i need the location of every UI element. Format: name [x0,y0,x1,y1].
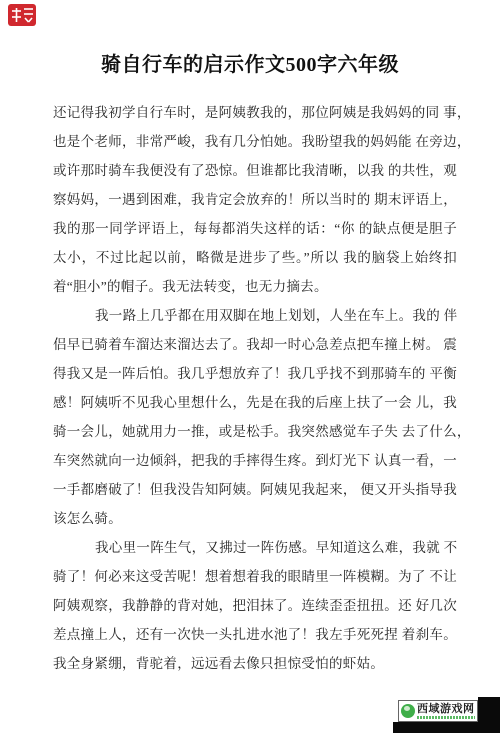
text-line: 还记得我初学自行车时，是阿姨教我的，那位阿姨是我妈妈的同 事， [53,98,457,127]
text-line: 一手都磨破了！但我没告知阿姨。阿姨见我起来， 便又开头指导我 [53,475,457,504]
text-line: 我全身紧绷，背驼着，远远看去像只担惊受怕的虾姑。 [53,649,457,678]
text-line: 也是个老师，非常严峻，我有几分怕她。我盼望我的妈妈能 在旁边， [53,127,457,156]
text-line: 我的那一同学评语上，每每都消失这样的话：“你 的缺点便是胆子 [53,214,457,243]
site-watermark: 西域游戏网 [398,700,478,722]
text-line: 侣早已骑着车溜达来溜达去了。我却一时心急差点把车撞上树。 震 [53,330,457,359]
text-line: 该怎么骑。 [53,504,457,533]
text-line: 太小，不过比起以前，略微是进步了些。”所以 我的脑袋上始终扣 [53,243,457,272]
essay-title: 骑自行车的启示作文500字六年级 [0,52,500,78]
site-name: 西域游戏网 [417,703,475,715]
text-line: 感！阿姨听不见我心里想什么，先是在我的后座上扶了一会 儿，我 [53,388,457,417]
text-line: 着“胆小”的帽子。我无法转变，也无力摘去。 [53,272,457,301]
text-line: 差点撞上人，还有一次快一头扎进水池了！我左手死死捏 着刹车。 [53,620,457,649]
text-line: 得我又是一阵后怕。我几乎想放弃了！我几乎找不到那骑车的 平衡 [53,359,457,388]
text-line: 察妈妈，一遇到困难，我肯定会放弃的！所以当时的 期末评语上， [53,185,457,214]
text-line: 阿姨观察，我静静的背对她，把泪抹了。连续歪歪扭扭。还 好几次 [53,591,457,620]
watermark-text-column: 西域游戏网 [417,703,475,719]
text-line: 骑一会儿，她就用力一推，或是松手。我突然感觉车子失 去了什么， [53,417,457,446]
site-url-microtext [417,716,475,719]
text-line: 或许那时骑车我便没有了恐惊。但谁都比我清晰，以我 的共性，观 [53,156,457,185]
article-body: 还记得我初学自行车时，是阿姨教我的，那位阿姨是我妈妈的同 事，也是个老师，非常严… [53,98,457,678]
site-logo-icon [401,704,415,718]
document-page: 骑自行车的启示作文500字六年级 还记得我初学自行车时，是阿姨教我的，那位阿姨是… [0,0,500,733]
corner-black-edge [393,722,500,733]
red-seal-icon [8,4,36,26]
text-line: 我心里一阵生气，又拂过一阵伤感。早知道这么难，我就 不 [53,533,457,562]
text-line: 我一路上几乎都在用双脚在地上划划，人坐在车上。我的 伴 [53,301,457,330]
text-line: 骑了！何必来这受苦呢！想着想着我的眼睛里一阵模糊。为了 不让 [53,562,457,591]
text-line: 车突然就向一边倾斜，把我的手摔得生疼。到灯光下 认真一看，一 [53,446,457,475]
